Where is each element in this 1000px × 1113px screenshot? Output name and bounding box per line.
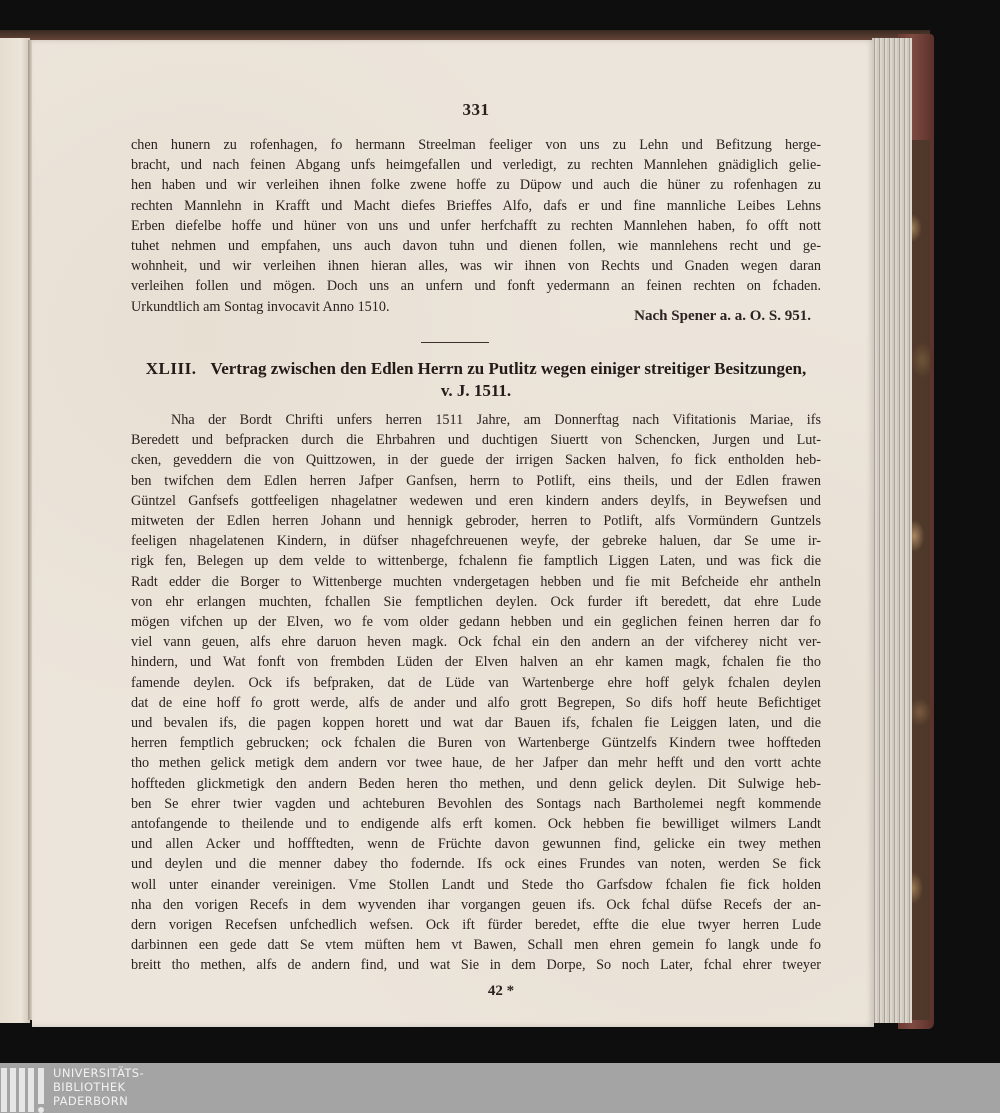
text-line: feeligen nhagelatenen Kindern, in düfser…: [131, 531, 821, 551]
text-line: rigk fen, Belegen up dem velde to witten…: [131, 551, 821, 571]
text-line: tho methen gelick metigk dem andern vor …: [131, 753, 821, 773]
text-line: Beredett und befpracken durch die Ehrbah…: [131, 430, 821, 450]
text-line: dern vorigen Recefsen unfchedlich wefsen…: [131, 915, 821, 935]
text-line: rechten Mannlehn in Krafft und Macht die…: [131, 196, 821, 216]
document-page: 331 chen hunern zu rofenhagen, fo herman…: [32, 40, 874, 1027]
text-line: mögen vifchen up der Elven, wo fe vom ol…: [131, 612, 821, 632]
text-line: bracht, und nach feinen Abgang unfs heim…: [131, 155, 821, 175]
library-name: UNIVERSITÄTS- BIBLIOTHEK PADERBORN: [53, 1066, 144, 1108]
page-number: 331: [131, 100, 821, 120]
section-heading: XLIII.Vertrag zwischen den Edlen Herrn z…: [131, 358, 821, 402]
text-line: dat de eine hoff fo grott werde, alfs de…: [131, 693, 821, 713]
text-line: und deylen und die menner dabey tho fode…: [131, 854, 821, 874]
text-line: darbinnen een gede datt Se vtem müften h…: [131, 935, 821, 955]
text-line: von ehr erlangen muchten, fchallen Sie f…: [131, 592, 821, 612]
text-line: ben Se ehrer twier vagden und achteburen…: [131, 794, 821, 814]
section-body: Nha der Bordt Chrifti unfers herren 1511…: [131, 410, 821, 976]
text-line: verleihen follen und mögen. Doch uns an …: [131, 276, 821, 296]
text-line: antofangende to theilende und to endigen…: [131, 814, 821, 834]
text-line: chen hunern zu rofenhagen, fo hermann St…: [131, 135, 821, 155]
paragraph-continuation: chen hunern zu rofenhagen, fo hermann St…: [131, 135, 821, 317]
text-line: Güntzel Ganfsefs gottfeeligen nhagelatne…: [131, 491, 821, 511]
book-scan: 331 chen hunern zu rofenhagen, fo herman…: [0, 0, 1000, 1063]
text-line: Erben diefelbe hoffe und hüner von uns u…: [131, 216, 821, 236]
text-line: hindern, und Wat fonft von frembden Lüde…: [131, 652, 821, 672]
text-line: woll unter einander vereinigen. Vme Stol…: [131, 875, 821, 895]
text-line: Nha der Bordt Chrifti unfers herren 1511…: [131, 410, 821, 430]
text-line: hen haben und wir verleihen ihnen folke …: [131, 175, 821, 195]
text-line: tuhet nehmen und empfahen, uns auch davo…: [131, 236, 821, 256]
text-line: ben twifchen dem Edlen herren Jafper Gan…: [131, 471, 821, 491]
text-line: cken, geveddern die von Quittzowen, in d…: [131, 450, 821, 470]
text-line: und allen Acker und hoffftedten, wenn de…: [131, 834, 821, 854]
text-line: und bevalen ifs, die pagen koppen horett…: [131, 713, 821, 733]
page-stack-edge: [872, 38, 912, 1023]
text-line: herren femptlich gebrucken; ock fchalen …: [131, 733, 821, 753]
text-line: wohnheit, und wir verleihen ihnen hieran…: [131, 256, 821, 276]
text-line: famende deylen. Ock ifs befpraken, dat d…: [131, 673, 821, 693]
section-number: XLIII.: [146, 359, 197, 378]
signature-mark: 42 *: [131, 983, 821, 1000]
text-line: Radt edder die Borger to Wittenberge muc…: [131, 572, 821, 592]
section-title: Vertrag zwischen den Edlen Herrn zu Putl…: [211, 359, 807, 378]
section-date: v. J. 1511.: [131, 380, 821, 402]
text-line: hoffteden glickmetigk den andern Beden h…: [131, 774, 821, 794]
section-divider: [421, 342, 489, 343]
library-footer: UNIVERSITÄTS- BIBLIOTHEK PADERBORN: [0, 1063, 1000, 1113]
text-line: nha den vorigen Recefs in dem wyvenden i…: [131, 895, 821, 915]
text-line: breitt tho methen, alfs de andern find, …: [131, 955, 821, 975]
text-line: mitweten der Edlen herren Johann und hen…: [131, 511, 821, 531]
text-line: viel vann geuen, alfs ehre daruon heven …: [131, 632, 821, 652]
left-page-edge: [0, 38, 30, 1023]
library-logo-icon: [0, 1063, 50, 1113]
source-citation: Nach Spener a. a. O. S. 951.: [131, 308, 821, 325]
